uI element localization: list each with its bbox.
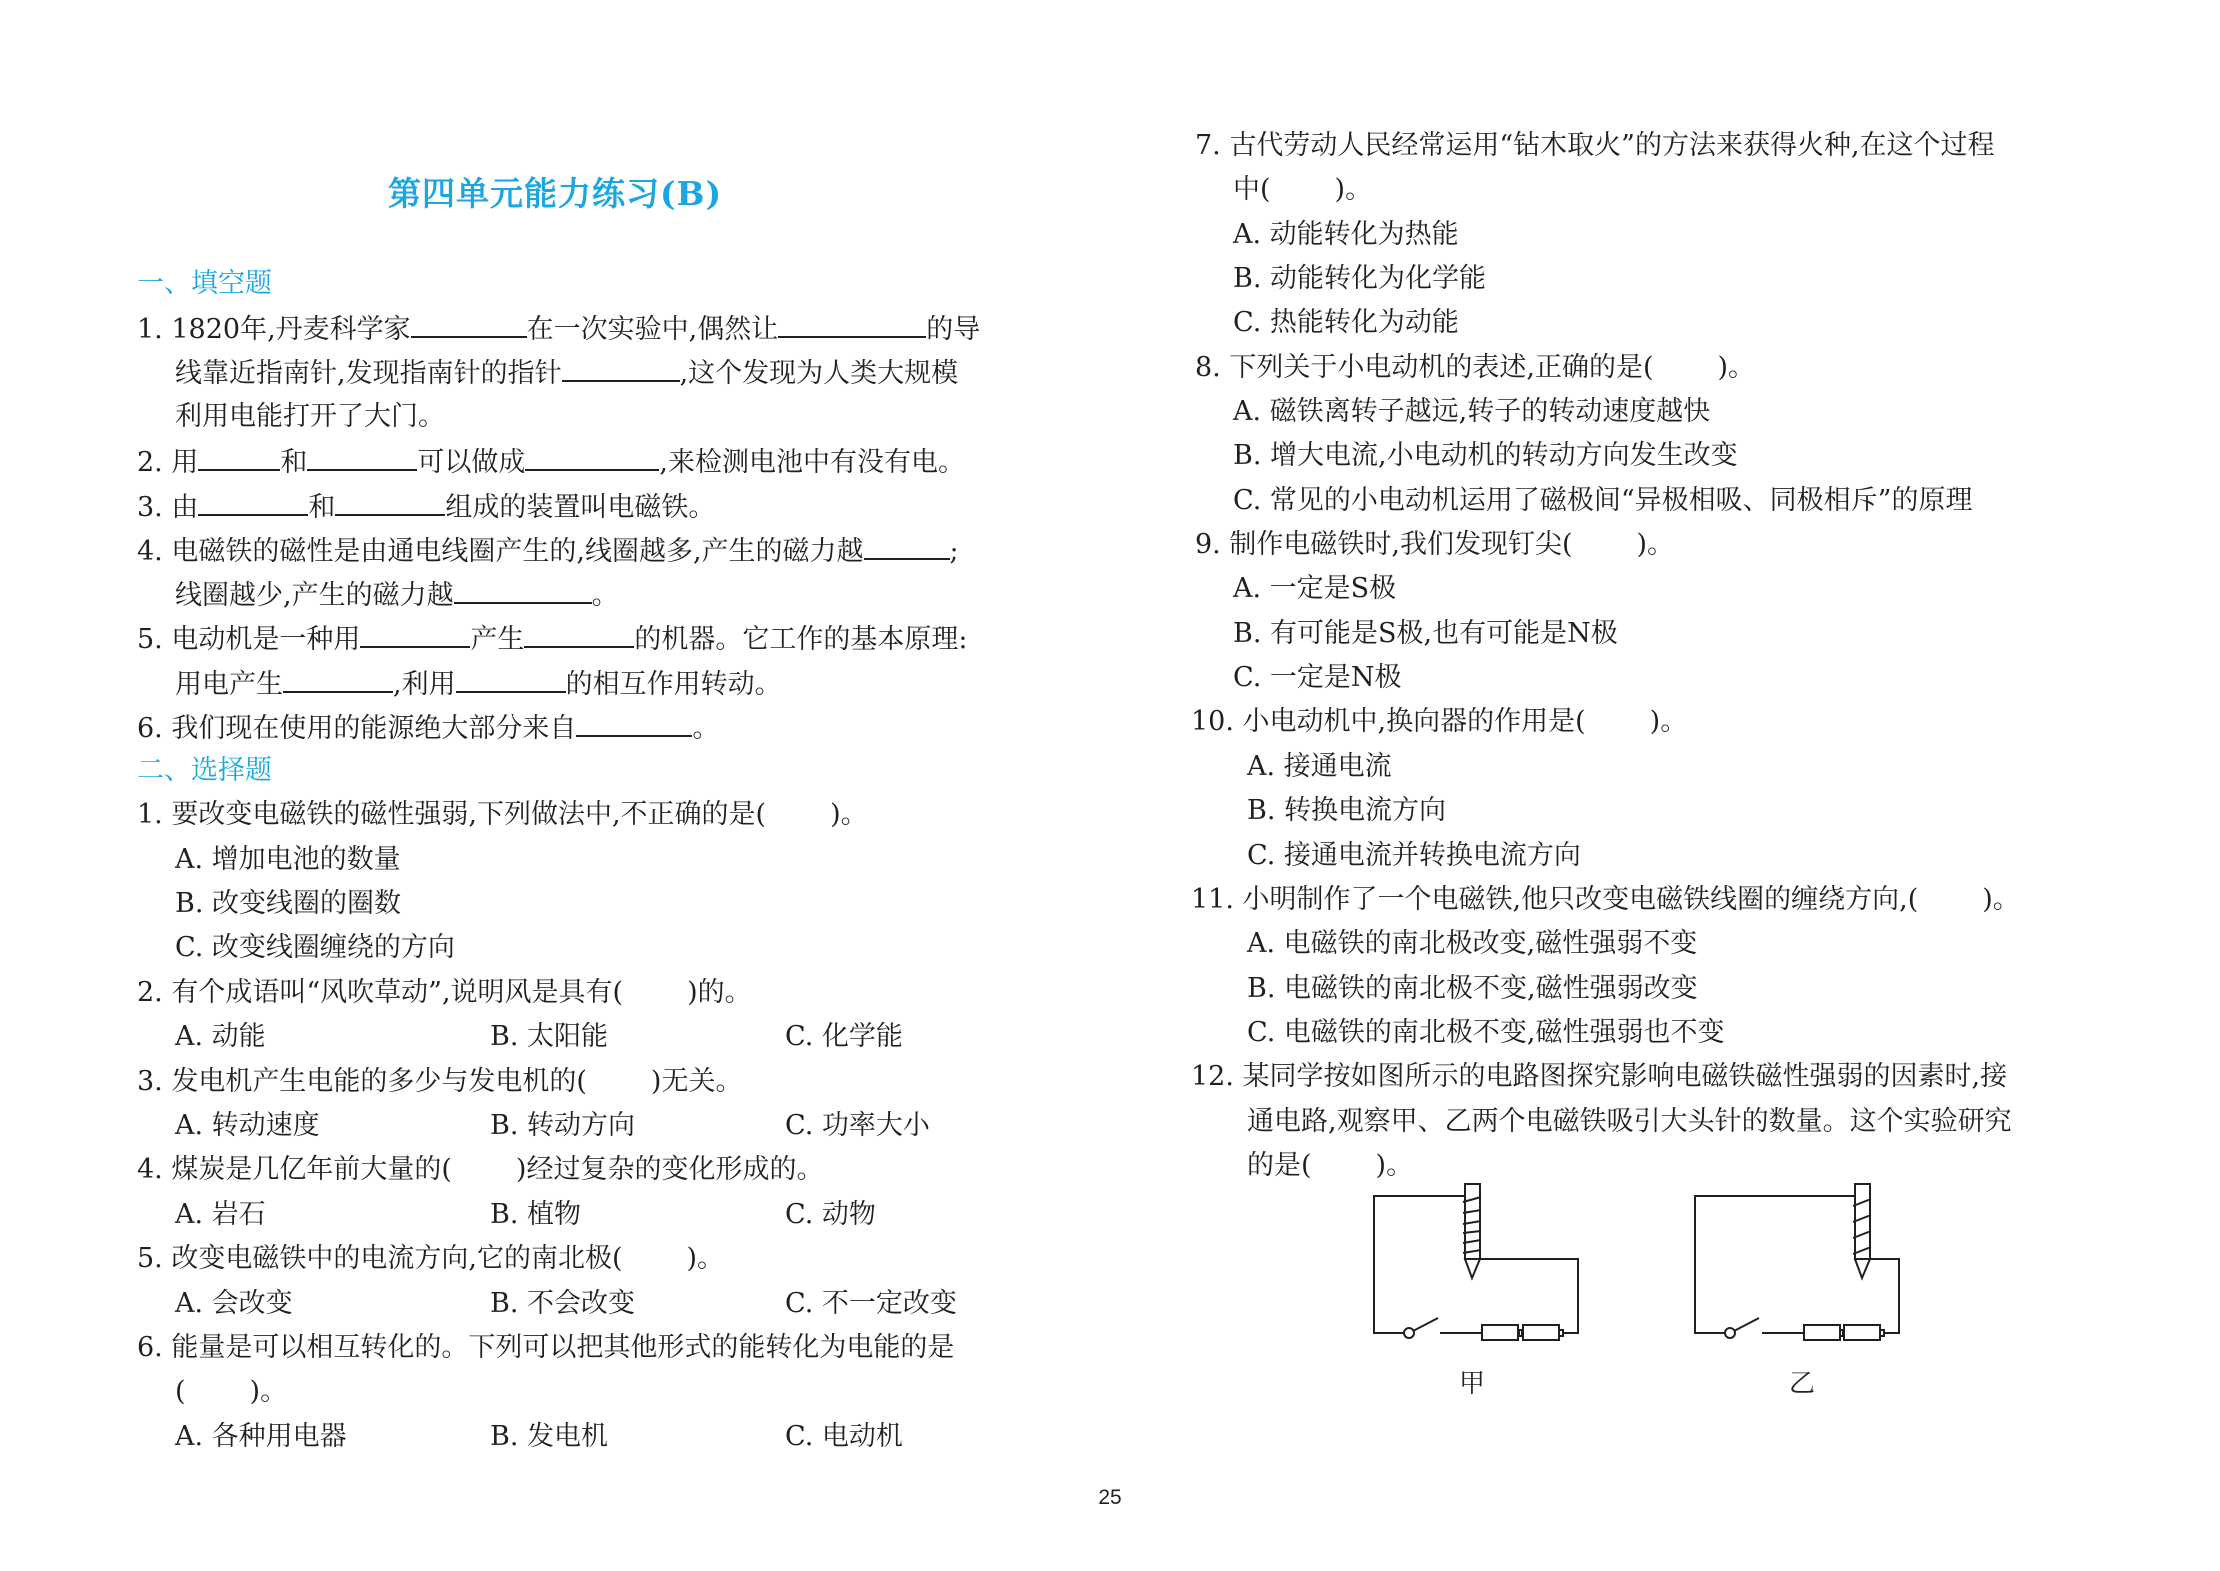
- question-tail: )。: [1376, 1150, 1414, 1181]
- question-text: 的导: [926, 314, 980, 345]
- question-text: 煤炭是几亿年前大量的(: [171, 1154, 452, 1185]
- option-b[interactable]: B. 改变线圈的圈数: [175, 886, 401, 922]
- question-number: 2.: [137, 977, 163, 1008]
- question-tail: )。: [830, 799, 868, 830]
- mc-question-3: 3. 发电机产生电能的多少与发电机的()无关。: [137, 1064, 742, 1100]
- answer-blank[interactable]: [562, 354, 680, 382]
- question-text: 产生: [470, 624, 524, 655]
- mc-question-12: 12. 某同学按如图所示的电路图探究影响电磁铁磁性强弱的因素时,接: [1191, 1059, 2007, 1095]
- mc-question-12-line3: 的是()。: [1247, 1148, 1413, 1184]
- option-c[interactable]: C. 不一定改变: [785, 1286, 957, 1322]
- answer-blank[interactable]: [283, 665, 393, 693]
- question-text: 能量是可以相互转化的。下列可以把其他形式的能转化为电能的是: [171, 1332, 954, 1363]
- question-text: 由: [171, 492, 198, 523]
- question-text: ;: [950, 536, 959, 567]
- question-text: 可以做成: [417, 447, 525, 478]
- mc-question-6-line2: ()。: [175, 1374, 287, 1410]
- page-title: 第四单元能力练习(B): [0, 168, 1110, 215]
- mc-question-7-line2: 中()。: [1233, 172, 1372, 208]
- question-text: 有个成语叫“风吹草动”,说明风是具有(: [171, 977, 623, 1008]
- question-text: 组成的装置叫电磁铁。: [445, 492, 715, 523]
- answer-blank[interactable]: [454, 576, 592, 604]
- option-a[interactable]: A. 增加电池的数量: [175, 842, 401, 878]
- option-c[interactable]: C. 一定是N极: [1233, 660, 1402, 696]
- question-number: 5.: [137, 1243, 163, 1274]
- option-b[interactable]: B. 电磁铁的南北极不变,磁性强弱改变: [1247, 971, 1698, 1007]
- question-number: 11.: [1191, 884, 1234, 915]
- options-row: A. 会改变 B. 不会改变 C. 不一定改变: [175, 1286, 1055, 1322]
- option-a[interactable]: A. 动能: [175, 1019, 266, 1055]
- answer-blank[interactable]: [456, 665, 566, 693]
- question-text: (: [175, 1376, 186, 1407]
- section-heading-fill-blank: 一、填空题: [137, 266, 272, 302]
- fill-question-1-line2: 线靠近指南针,发现指南针的指针,这个发现为人类大规模: [175, 354, 958, 390]
- question-number: 10.: [1191, 706, 1234, 737]
- question-text: 电动机是一种用: [171, 624, 360, 655]
- option-c[interactable]: C. 接通电流并转换电流方向: [1247, 838, 1581, 874]
- question-number: 2.: [137, 447, 163, 478]
- answer-blank[interactable]: [778, 310, 926, 338]
- option-b[interactable]: B. 转换电流方向: [1247, 793, 1446, 829]
- question-text: 小明制作了一个电磁铁,他只改变电磁铁线圈的缠绕方向,(: [1243, 884, 1919, 915]
- option-b[interactable]: B. 动能转化为化学能: [1233, 261, 1486, 297]
- question-number: 9.: [1195, 529, 1221, 560]
- mc-question-11: 11. 小明制作了一个电磁铁,他只改变电磁铁线圈的缠绕方向,()。: [1191, 882, 2020, 918]
- circuit-diagram-yi: 乙: [1690, 1180, 1940, 1360]
- option-a[interactable]: A. 转动速度: [175, 1108, 320, 1144]
- question-tail: )。: [1650, 706, 1688, 737]
- question-text: ,来检测电池中有没有电。: [659, 447, 965, 478]
- question-tail: )。: [1636, 529, 1674, 560]
- answer-blank[interactable]: [360, 620, 470, 648]
- answer-blank[interactable]: [525, 443, 659, 471]
- fill-question-1: 1. 1820年,丹麦科学家在一次实验中,偶然让的导: [137, 310, 980, 346]
- question-number: 3.: [137, 492, 163, 523]
- question-text: ,这个发现为人类大规模: [680, 358, 959, 389]
- question-tail: )经过复杂的变化形成的。: [516, 1154, 824, 1185]
- diagram-label-yi: 乙: [1782, 1363, 1822, 1400]
- question-number: 7.: [1195, 130, 1221, 161]
- question-number: 3.: [137, 1066, 163, 1097]
- answer-blank[interactable]: [198, 488, 308, 516]
- question-number: 6.: [137, 713, 163, 744]
- question-text: 。: [692, 713, 719, 744]
- option-b[interactable]: B. 增大电流,小电动机的转动方向发生改变: [1233, 438, 1738, 474]
- question-text: 在一次实验中,偶然让: [527, 314, 779, 345]
- question-text: 1820年,丹麦科学家: [171, 314, 410, 345]
- page-number: 25: [1080, 1486, 1140, 1510]
- question-text: 和: [280, 447, 307, 478]
- option-c[interactable]: C. 动物: [785, 1197, 876, 1233]
- question-text: 的是(: [1247, 1150, 1312, 1181]
- question-text: ,利用: [393, 669, 456, 700]
- options-row: A. 动能 B. 太阳能 C. 化学能: [175, 1019, 1055, 1055]
- question-number: 1.: [137, 799, 163, 830]
- question-text: 电磁铁的磁性是由通电线圈产生的,线圈越多,产生的磁力越: [171, 536, 863, 567]
- fill-question-5: 5. 电动机是一种用产生的机器。它工作的基本原理:: [137, 620, 967, 656]
- question-number: 5.: [137, 624, 163, 655]
- question-text: 用电产生: [175, 669, 283, 700]
- option-a[interactable]: A. 接通电流: [1247, 749, 1392, 785]
- option-c[interactable]: C. 热能转化为动能: [1233, 305, 1459, 341]
- diagram-label-jia: 甲: [1452, 1363, 1492, 1400]
- option-a[interactable]: A. 岩石: [175, 1197, 266, 1233]
- mc-question-7: 7. 古代劳动人民经常运用“钻木取火”的方法来获得火种,在这个过程: [1195, 128, 1995, 164]
- question-tail: )的。: [687, 977, 752, 1008]
- question-text: 小电动机中,换向器的作用是(: [1243, 706, 1586, 737]
- mc-question-1: 1. 要改变电磁铁的磁性强弱,下列做法中,不正确的是()。: [137, 797, 868, 833]
- option-a[interactable]: A. 各种用电器: [175, 1419, 347, 1455]
- options-row: A. 岩石 B. 植物 C. 动物: [175, 1197, 1055, 1233]
- question-number: 1.: [137, 314, 163, 345]
- section-heading-multiple-choice: 二、选择题: [137, 753, 272, 789]
- fill-question-4: 4. 电磁铁的磁性是由通电线圈产生的,线圈越多,产生的磁力越;: [137, 532, 959, 568]
- question-text: 用: [171, 447, 198, 478]
- question-number: 4.: [137, 1154, 163, 1185]
- question-tail: )。: [250, 1376, 288, 1407]
- question-text: 线圈越少,产生的磁力越: [175, 580, 454, 611]
- question-tail: )。: [1982, 884, 2020, 915]
- question-tail: )。: [686, 1243, 724, 1274]
- option-c[interactable]: C. 功率大小: [785, 1108, 930, 1144]
- question-text: 的机器。它工作的基本原理:: [634, 624, 967, 655]
- options-row: A. 各种用电器 B. 发电机 C. 电动机: [175, 1419, 1055, 1455]
- question-text: 线靠近指南针,发现指南针的指针: [175, 358, 562, 389]
- question-number: 4.: [137, 536, 163, 567]
- option-a[interactable]: A. 会改变: [175, 1286, 293, 1322]
- mc-question-9: 9. 制作电磁铁时,我们发现钉尖()。: [1195, 527, 1674, 563]
- question-text: 某同学按如图所示的电路图探究影响电磁铁磁性强弱的因素时,接: [1243, 1061, 2008, 1092]
- question-text: 古代劳动人民经常运用“钻木取火”的方法来获得火种,在这个过程: [1229, 130, 1994, 161]
- fill-question-5-line2: 用电产生,利用的相互作用转动。: [175, 665, 782, 701]
- mc-question-12-line2: 通电路,观察甲、乙两个电磁铁吸引大头针的数量。这个实验研究: [1247, 1104, 2012, 1140]
- fill-question-4-line2: 线圈越少,产生的磁力越。: [175, 576, 619, 612]
- option-c[interactable]: C. 电磁铁的南北极不变,磁性强弱也不变: [1247, 1015, 1724, 1051]
- options-row: A. 转动速度 B. 转动方向 C. 功率大小: [175, 1108, 1055, 1144]
- answer-blank[interactable]: [864, 532, 950, 560]
- question-text: 。: [592, 580, 619, 611]
- question-text: 发电机产生电能的多少与发电机的(: [171, 1066, 587, 1097]
- option-b[interactable]: B. 植物: [490, 1197, 581, 1233]
- answer-blank[interactable]: [198, 443, 280, 471]
- mc-question-8: 8. 下列关于小电动机的表述,正确的是()。: [1195, 350, 1755, 386]
- option-c[interactable]: C. 化学能: [785, 1019, 903, 1055]
- option-b[interactable]: B. 太阳能: [490, 1019, 608, 1055]
- question-tail: )无关。: [651, 1066, 743, 1097]
- question-tail: )。: [1335, 174, 1373, 205]
- fill-question-3: 3. 由和组成的装置叫电磁铁。: [137, 488, 715, 524]
- option-a[interactable]: A. 电磁铁的南北极改变,磁性强弱不变: [1247, 926, 1697, 962]
- question-text: 我们现在使用的能源绝大部分来自: [171, 713, 576, 744]
- question-text: 改变电磁铁中的电流方向,它的南北极(: [171, 1243, 622, 1274]
- question-text: 下列关于小电动机的表述,正确的是(: [1229, 352, 1653, 383]
- option-a[interactable]: A. 一定是S极: [1233, 571, 1396, 607]
- question-text: 和: [308, 492, 335, 523]
- answer-blank[interactable]: [335, 488, 445, 516]
- option-b[interactable]: B. 发电机: [490, 1419, 608, 1455]
- option-b[interactable]: B. 有可能是S极,也有可能是N极: [1233, 616, 1618, 652]
- question-number: 12.: [1191, 1061, 1234, 1092]
- mc-question-10: 10. 小电动机中,换向器的作用是()。: [1191, 704, 1687, 740]
- fill-question-1-line3: 利用电能打开了大门。: [175, 399, 445, 435]
- option-a[interactable]: A. 动能转化为热能: [1233, 217, 1459, 253]
- fill-question-2: 2. 用和可以做成,来检测电池中有没有电。: [137, 443, 965, 479]
- answer-blank[interactable]: [411, 310, 527, 338]
- option-a[interactable]: A. 磁铁离转子越远,转子的转动速度越快: [1233, 394, 1710, 430]
- circuit-diagram-jia: 甲: [1360, 1180, 1610, 1360]
- answer-blank[interactable]: [576, 709, 692, 737]
- option-b[interactable]: B. 不会改变: [490, 1286, 635, 1322]
- option-c[interactable]: C. 改变线圈缠绕的方向: [175, 930, 455, 966]
- question-number: 6.: [137, 1332, 163, 1363]
- question-text: 的相互作用转动。: [566, 669, 782, 700]
- mc-question-4: 4. 煤炭是几亿年前大量的()经过复杂的变化形成的。: [137, 1152, 823, 1188]
- question-text: 要改变电磁铁的磁性强弱,下列做法中,不正确的是(: [171, 799, 766, 830]
- mc-question-5: 5. 改变电磁铁中的电流方向,它的南北极()。: [137, 1241, 724, 1277]
- mc-question-2: 2. 有个成语叫“风吹草动”,说明风是具有()的。: [137, 975, 752, 1011]
- question-text: 中(: [1233, 174, 1271, 205]
- option-c[interactable]: C. 电动机: [785, 1419, 903, 1455]
- question-text: 制作电磁铁时,我们发现钉尖(: [1229, 529, 1572, 560]
- question-tail: )。: [1717, 352, 1755, 383]
- mc-question-6: 6. 能量是可以相互转化的。下列可以把其他形式的能转化为电能的是: [137, 1330, 954, 1366]
- option-b[interactable]: B. 转动方向: [490, 1108, 635, 1144]
- circuit-yi-icon: [1690, 1180, 1940, 1360]
- question-number: 8.: [1195, 352, 1221, 383]
- answer-blank[interactable]: [524, 620, 634, 648]
- answer-blank[interactable]: [307, 443, 417, 471]
- fill-question-6: 6. 我们现在使用的能源绝大部分来自。: [137, 709, 719, 745]
- option-c[interactable]: C. 常见的小电动机运用了磁极间“异极相吸、同极相斥”的原理: [1233, 483, 1972, 519]
- circuit-jia-icon: [1360, 1180, 1610, 1360]
